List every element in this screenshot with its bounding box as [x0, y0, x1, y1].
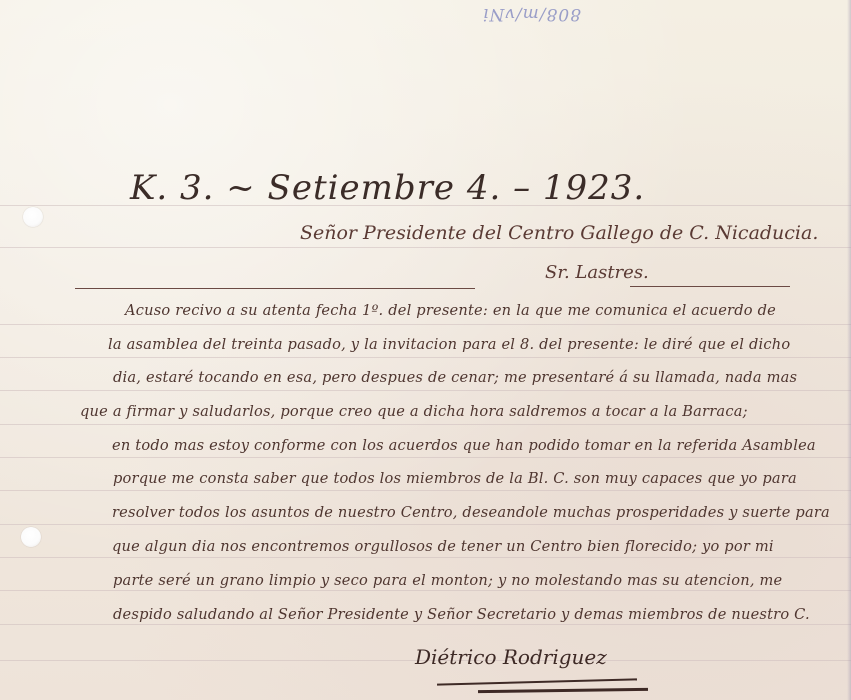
- divider-line: [75, 288, 475, 289]
- ruled-line: [0, 557, 851, 558]
- ruled-line: [0, 524, 851, 525]
- signature-flourish: [478, 688, 648, 693]
- ruled-line: [0, 324, 851, 325]
- ruled-line: [0, 490, 851, 491]
- ruled-line: [0, 390, 851, 391]
- addressee: Señor Presidente del Centro Gallego de C…: [300, 222, 818, 244]
- letter-page: 808/m/vNi K. 3. ~ Setiembre 4. – 1923. S…: [0, 0, 851, 700]
- body-line: en todo mas estoy conforme con los acuer…: [112, 437, 816, 454]
- body-line: resolver todos los asuntos de nuestro Ce…: [112, 504, 830, 521]
- signature-flourish: [437, 678, 637, 685]
- ruled-line: [0, 424, 851, 425]
- addressee-name: Sr. Lastres.: [545, 262, 649, 283]
- body-line: dia, estaré tocando en esa, pero despues…: [113, 369, 797, 386]
- ruled-line: [0, 357, 851, 358]
- body-line: que algun dia nos encontremos orgullosos…: [112, 538, 774, 555]
- body-line: la asamblea del treinta pasado, y la inv…: [108, 336, 790, 353]
- body-line: parte seré un grano limpio y seco para e…: [113, 572, 782, 589]
- body-line: porque me consta saber que todos los mie…: [113, 470, 797, 487]
- archive-reference: 808/m/vNi: [482, 4, 581, 24]
- body-line: Acuso recivo a su atenta fecha 1º. del p…: [125, 302, 776, 319]
- signature: Diétrico Rodriguez: [415, 645, 607, 669]
- ruled-line: [0, 247, 851, 248]
- divider-line: [630, 286, 790, 287]
- punch-hole: [23, 207, 43, 227]
- ruled-line: [0, 590, 851, 591]
- body-line: que a firmar y saludarlos, porque creo q…: [80, 403, 748, 420]
- ruled-line: [0, 457, 851, 458]
- body-line: despido saludando al Señor Presidente y …: [113, 606, 810, 623]
- date-line: K. 3. ~ Setiembre 4. – 1923.: [130, 168, 645, 208]
- punch-hole: [21, 527, 41, 547]
- ruled-line: [0, 624, 851, 625]
